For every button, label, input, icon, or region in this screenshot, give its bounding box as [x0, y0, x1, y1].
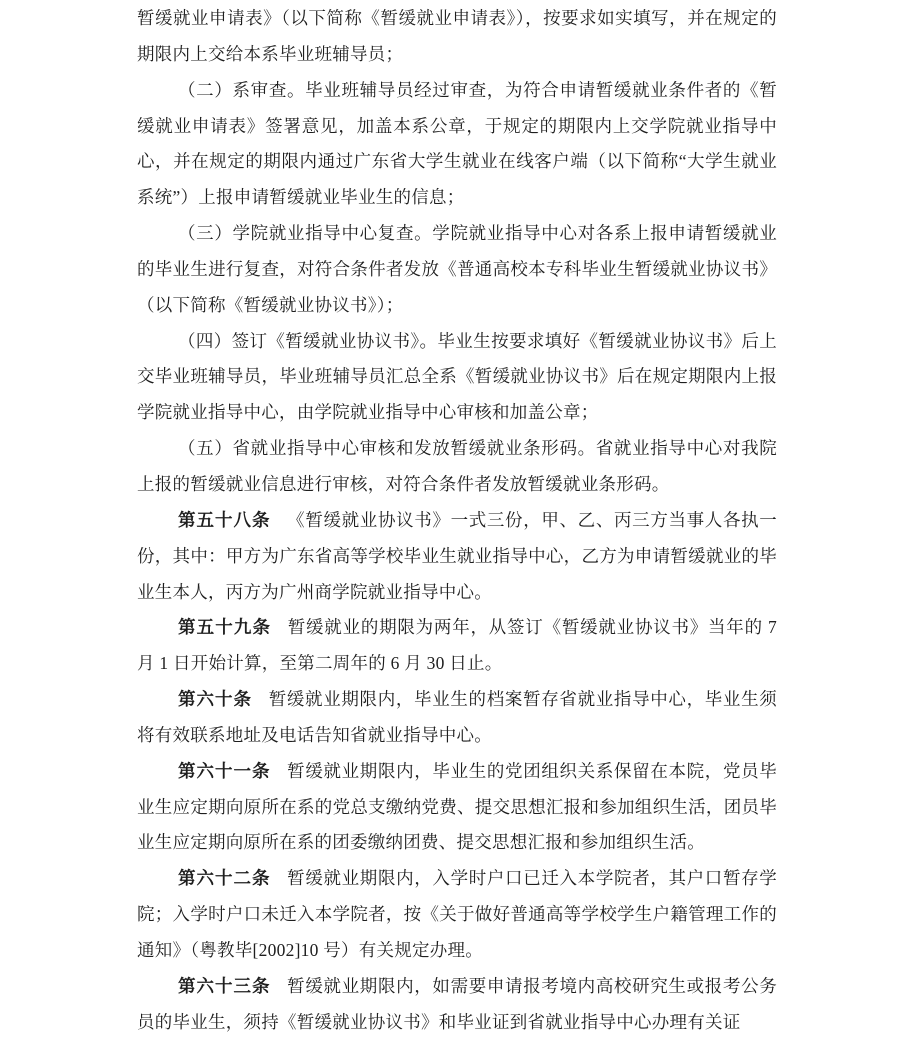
- paragraph-text: （五）省就业指导中心审核和发放暂缓就业条形码。省就业指导中心对我院上报的暂缓就业…: [137, 438, 777, 494]
- paragraph-item-2: （二）系审查。毕业班辅导员经过审查，为符合申请暂缓就业条件者的《暂缓就业申请表》…: [137, 73, 777, 216]
- paragraph-article-63: 第六十三条暂缓就业期限内，如需要申请报考境内高校研究生或报考公务员的毕业生，须持…: [137, 969, 777, 1041]
- paragraph-article-59: 第五十九条暂缓就业的期限为两年，从签订《暂缓就业协议书》当年的 7 月 1 日开…: [137, 610, 777, 682]
- paragraph-item-5: （五）省就业指导中心审核和发放暂缓就业条形码。省就业指导中心对我院上报的暂缓就业…: [137, 431, 777, 503]
- article-number-60: 第六十条: [178, 689, 252, 709]
- paragraph-article-58: 第五十八条《暂缓就业协议书》一式三份，甲、乙、丙三方当事人各执一份，其中：甲方为…: [137, 503, 777, 611]
- paragraph-text: 暂缓就业申请表》（以下简称《暂缓就业申请表》），按要求如实填写，并在规定的期限内…: [137, 8, 777, 64]
- paragraph-text: （四）签订《暂缓就业协议书》。毕业生按要求填好《暂缓就业协议书》后上交毕业班辅导…: [137, 331, 777, 423]
- paragraph-text: （三）学院就业指导中心复查。学院就业指导中心对各系上报申请暂缓就业的毕业生进行复…: [137, 223, 777, 315]
- article-number-61: 第六十一条: [178, 761, 271, 781]
- paragraph-text: （二）系审查。毕业班辅导员经过审查，为符合申请暂缓就业条件者的《暂缓就业申请表》…: [137, 80, 777, 208]
- paragraph-article-61: 第六十一条暂缓就业期限内，毕业生的党团组织关系保留在本院，党员毕业生应定期向原所…: [137, 754, 777, 862]
- article-number-59: 第五十九条: [178, 617, 271, 637]
- article-number-63: 第六十三条: [178, 976, 271, 996]
- article-number-62: 第六十二条: [178, 868, 271, 888]
- document-body-text: 暂缓就业申请表》（以下简称《暂缓就业申请表》），按要求如实填写，并在规定的期限内…: [137, 1, 777, 1040]
- paragraph-article-62: 第六十二条暂缓就业期限内，入学时户口已迁入本学院者，其户口暂存学院；入学时户口未…: [137, 861, 777, 969]
- paragraph-item-4: （四）签订《暂缓就业协议书》。毕业生按要求填好《暂缓就业协议书》后上交毕业班辅导…: [137, 324, 777, 432]
- document-page: 暂缓就业申请表》（以下简称《暂缓就业申请表》），按要求如实填写，并在规定的期限内…: [0, 0, 900, 1041]
- paragraph-item-3: （三）学院就业指导中心复查。学院就业指导中心对各系上报申请暂缓就业的毕业生进行复…: [137, 216, 777, 324]
- paragraph-article-60: 第六十条暂缓就业期限内，毕业生的档案暂存省就业指导中心，毕业生须将有效联系地址及…: [137, 682, 777, 754]
- article-number-58: 第五十八条: [178, 510, 271, 530]
- paragraph-continuation: 暂缓就业申请表》（以下简称《暂缓就业申请表》），按要求如实填写，并在规定的期限内…: [137, 1, 777, 73]
